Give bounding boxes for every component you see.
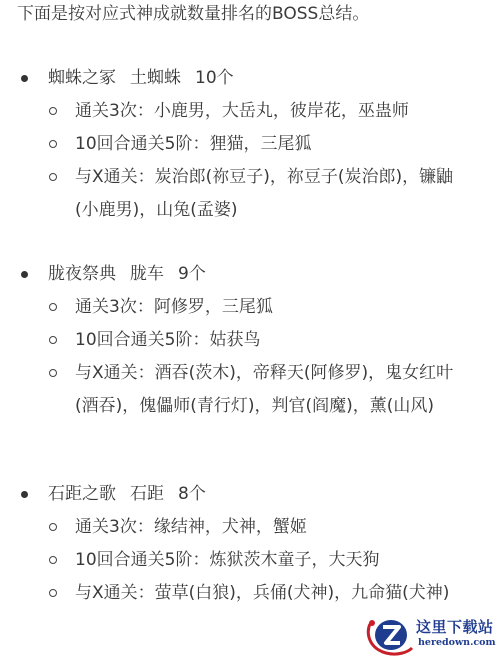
list-item: 通关3次：缘结神，犬神，蟹姬 bbox=[0, 511, 498, 544]
list-item-text: 与X通关：炭治郎(祢豆子)，祢豆子(炭治郎)，镰鼬(小鹿男)，山兔(孟婆) bbox=[75, 161, 475, 227]
list-item: 通关3次：阿修罗，三尾狐 bbox=[0, 291, 498, 324]
boss-heading: 蜘蛛之冢土蜘蛛10个 bbox=[0, 62, 498, 95]
list-item: 10回合通关5阶：狸猫，三尾狐 bbox=[0, 128, 498, 161]
dungeon-name: 石距之歌 bbox=[48, 484, 116, 504]
watermark-domain: heredown.com bbox=[418, 637, 496, 648]
list-item: 与X通关：萤草(白狼)，兵俑(犬神)，九命猫(犬神) bbox=[0, 577, 498, 610]
bullet-circle-icon bbox=[49, 303, 57, 311]
list-item-text: 通关3次：阿修罗，三尾狐 bbox=[75, 291, 475, 324]
boss-heading: 石距之歌石距8个 bbox=[0, 478, 498, 511]
bullet-circle-icon bbox=[49, 556, 57, 564]
list-item-text: 与X通关：酒吞(茨木)，帝释天(阿修罗)，鬼女红叶(酒吞)，傀儡师(青行灯)，判… bbox=[75, 357, 475, 423]
boss-name: 石距 bbox=[130, 484, 164, 504]
intro-text: 下面是按对应式神成就数量排名的BOSS总结。 bbox=[17, 2, 369, 26]
dungeon-name: 胧夜祭典 bbox=[48, 264, 116, 284]
bullet-circle-icon bbox=[49, 523, 57, 531]
boss-section-2: 胧夜祭典胧车9个 通关3次：阿修罗，三尾狐 10回合通关5阶：姑获鸟 与X通关：… bbox=[0, 258, 498, 423]
z-logo-icon bbox=[364, 614, 416, 657]
achievement-count: 8个 bbox=[178, 484, 206, 504]
bullet-dot-icon bbox=[21, 75, 28, 82]
bullet-circle-icon bbox=[49, 107, 57, 115]
bullet-circle-icon bbox=[49, 369, 57, 377]
dungeon-name: 蜘蛛之冢 bbox=[48, 68, 116, 88]
list-item: 通关3次：小鹿男，大岳丸，彼岸花，巫蛊师 bbox=[0, 95, 498, 128]
bullet-dot-icon bbox=[21, 271, 28, 278]
bullet-dot-icon bbox=[21, 491, 28, 498]
boss-section-1: 蜘蛛之冢土蜘蛛10个 通关3次：小鹿男，大岳丸，彼岸花，巫蛊师 10回合通关5阶… bbox=[0, 62, 498, 227]
boss-section-3: 石距之歌石距8个 通关3次：缘结神，犬神，蟹姬 10回合通关5阶：炼狱茨木童子，… bbox=[0, 478, 498, 610]
bullet-circle-icon bbox=[49, 589, 57, 597]
achievement-count: 10个 bbox=[195, 68, 234, 88]
achievement-count: 9个 bbox=[178, 264, 206, 284]
watermark: 这里下载站 heredown.com bbox=[364, 614, 498, 657]
list-item: 10回合通关5阶：姑获鸟 bbox=[0, 324, 498, 357]
list-item: 与X通关：酒吞(茨木)，帝释天(阿修罗)，鬼女红叶(酒吞)，傀儡师(青行灯)，判… bbox=[0, 357, 498, 423]
bullet-circle-icon bbox=[49, 140, 57, 148]
watermark-name: 这里下载站 bbox=[416, 616, 494, 637]
boss-name: 土蜘蛛 bbox=[130, 68, 181, 88]
list-item-text: 10回合通关5阶：姑获鸟 bbox=[75, 324, 475, 357]
list-item-text: 10回合通关5阶：狸猫，三尾狐 bbox=[75, 128, 475, 161]
list-item-text: 通关3次：小鹿男，大岳丸，彼岸花，巫蛊师 bbox=[75, 95, 475, 128]
list-item-text: 10回合通关5阶：炼狱茨木童子，大天狗 bbox=[75, 544, 475, 577]
list-item-text: 与X通关：萤草(白狼)，兵俑(犬神)，九命猫(犬神) bbox=[75, 577, 475, 610]
boss-heading: 胧夜祭典胧车9个 bbox=[0, 258, 498, 291]
list-item: 10回合通关5阶：炼狱茨木童子，大天狗 bbox=[0, 544, 498, 577]
boss-name: 胧车 bbox=[130, 264, 164, 284]
list-item: 与X通关：炭治郎(祢豆子)，祢豆子(炭治郎)，镰鼬(小鹿男)，山兔(孟婆) bbox=[0, 161, 498, 227]
bullet-circle-icon bbox=[49, 173, 57, 181]
list-item-text: 通关3次：缘结神，犬神，蟹姬 bbox=[75, 511, 475, 544]
bullet-circle-icon bbox=[49, 336, 57, 344]
